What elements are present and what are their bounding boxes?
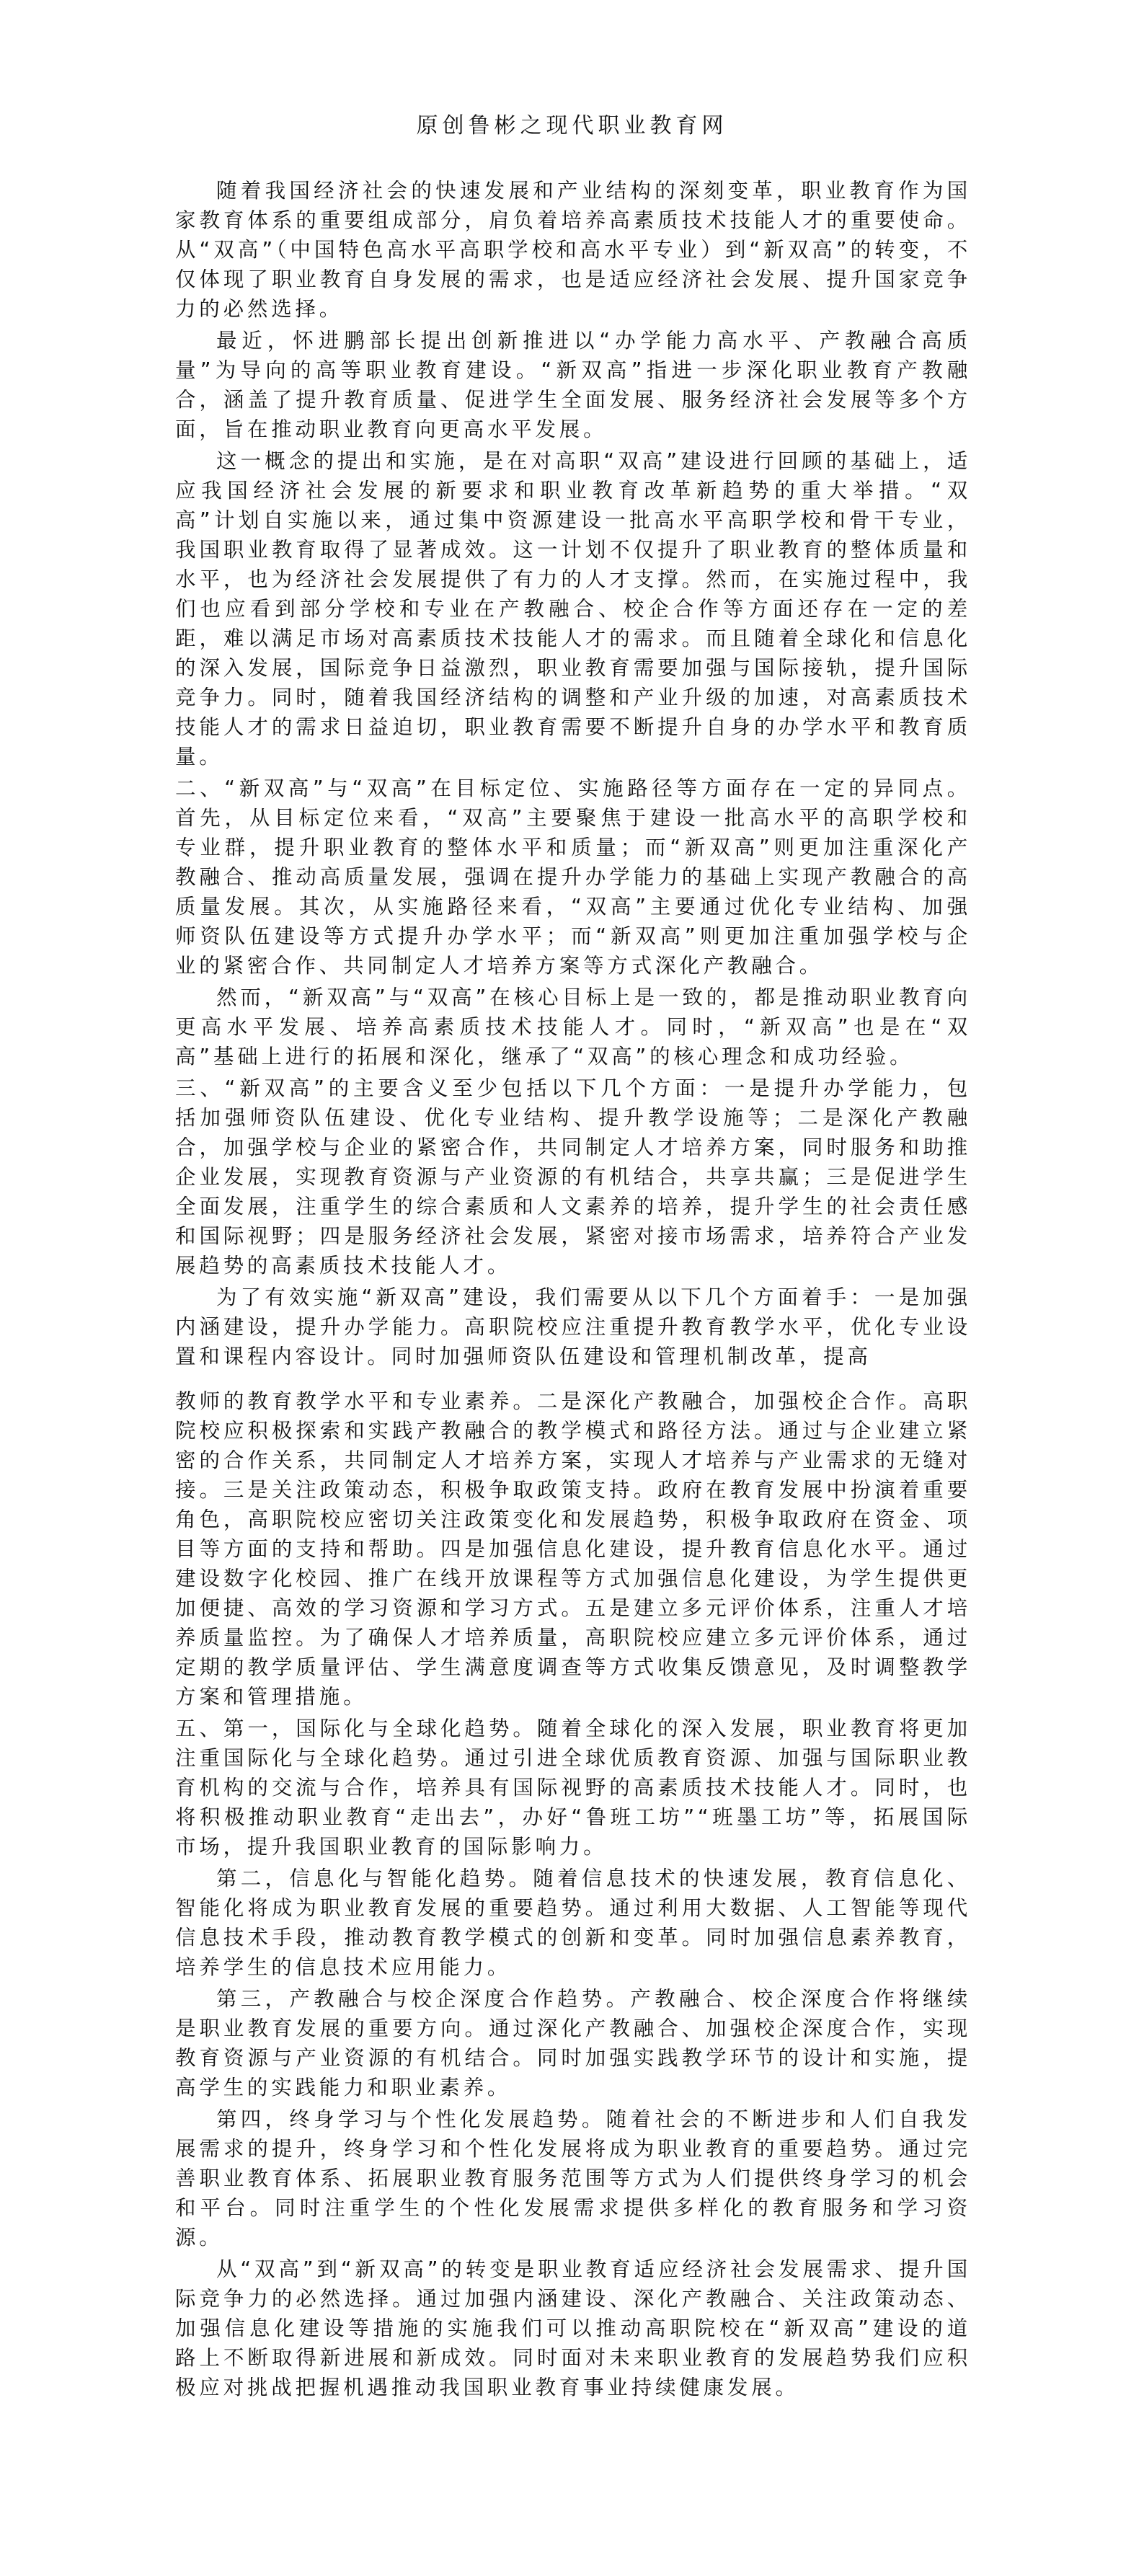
paragraph-new-double-high-definition: 最近，怀进鹏部长提出创新推进以“办学能力高水平、产教融合高质量”为导向的高等职业… <box>175 326 971 444</box>
paragraph-trend-three: 第三，产教融合与校企深度合作趋势。产教融合、校企深度合作将继续是职业教育发展的重… <box>175 1984 971 2102</box>
paragraph-common-goal: 然而，“新双高”与“双高”在核心目标上是一致的，都是推动职业教育向更高水平发展、… <box>175 983 971 1071</box>
page-break-gap <box>175 1371 971 1386</box>
implementation-text-part-1: 为了有效实施“新双高”建设，我们需要从以下几个方面着手：一是加强内涵建设，提升办… <box>175 1285 971 1368</box>
section-five-trend-one: 五、第一，国际化与全球化趋势。随着全球化的深入发展，职业教育将更加注重国际化与全… <box>175 1714 971 1862</box>
implementation-text-part-2: 教师的教育教学水平和专业素养。二是深化产教融合，加强校企合作。高职院校应积极探索… <box>175 1389 971 1709</box>
page-title: 原创鲁彬之现代职业教育网 <box>0 111 1144 141</box>
paragraph-implementation: 为了有效实施“新双高”建设，我们需要从以下几个方面着手：一是加强内涵建设，提升办… <box>175 1283 971 1712</box>
article-body: 随着我国经济社会的快速发展和产业结构的深刻变革，职业教育作为国家教育体系的重要组… <box>175 176 971 2404</box>
paragraph-trend-two: 第二，信息化与智能化趋势。随着信息技术的快速发展，教育信息化、智能化将成为职业教… <box>175 1864 971 1982</box>
paragraph-background: 这一概念的提出和实施，是在对高职“双高”建设进行回顾的基础上，适应我国经济社会发… <box>175 446 971 771</box>
paragraph-trend-four: 第四，终身学习与个性化发展趋势。随着社会的不断进步和人们自我发展需求的提升，终身… <box>175 2104 971 2252</box>
paragraph-conclusion: 从“双高”到“新双高”的转变是职业教育适应经济社会发展需求、提升国际竞争力的必然… <box>175 2254 971 2402</box>
section-two-comparison: 二、“新双高”与“双高”在目标定位、实施路径等方面存在一定的异同点。首先，从目标… <box>175 774 971 981</box>
paragraph-intro: 随着我国经济社会的快速发展和产业结构的深刻变革，职业教育作为国家教育体系的重要组… <box>175 176 971 324</box>
section-three-meaning: 三、“新双高”的主要含义至少包括以下几个方面：一是提升办学能力，包括加强师资队伍… <box>175 1074 971 1280</box>
